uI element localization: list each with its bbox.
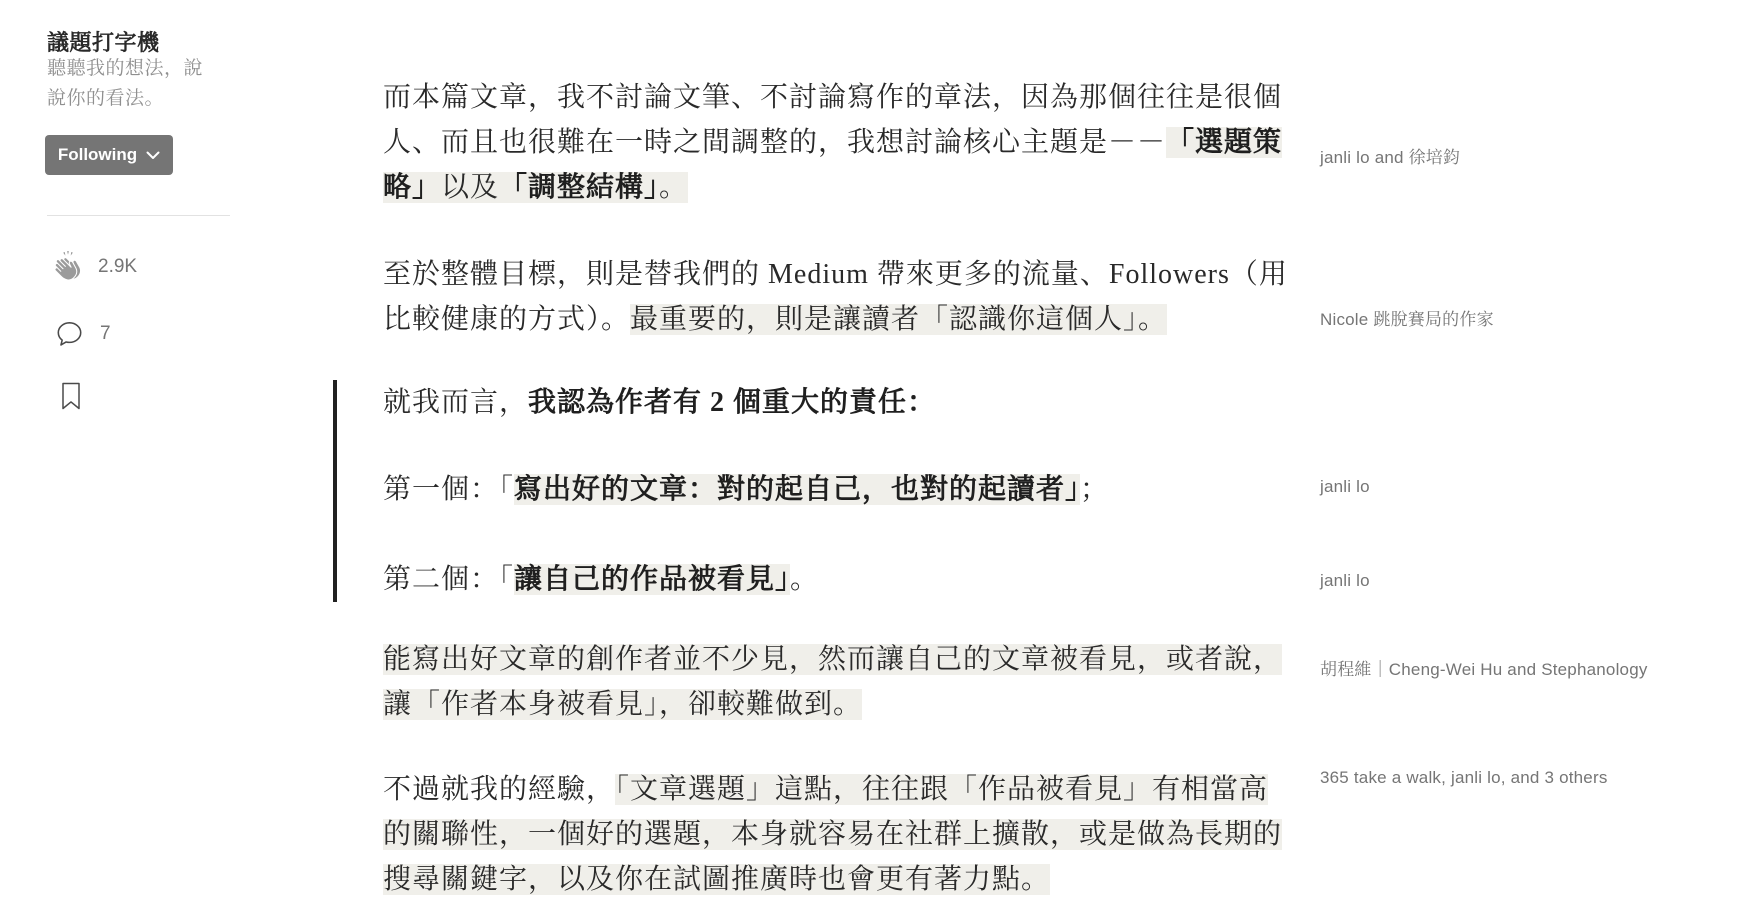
highlighted-text[interactable]: 最重要的，則是讓讀者「認識你這個人」。 bbox=[630, 304, 1167, 335]
clap-icon[interactable] bbox=[51, 250, 85, 284]
highlighted-text[interactable]: 寫出好的文章：對的起自己，也對的起讀者」 bbox=[514, 474, 1080, 505]
blockquote-paragraph: 第一個：「寫出好的文章：對的起自己，也對的起讀者」； bbox=[383, 467, 1293, 512]
text-segment: 我認為作者有 2 個重大的責任： bbox=[528, 387, 936, 418]
blockquote-paragraph: 第二個：「讓自己的作品被看見」。 bbox=[383, 557, 1293, 602]
margin-note[interactable]: janli lo bbox=[1320, 477, 1370, 497]
margin-note[interactable]: janli lo bbox=[1320, 571, 1370, 591]
highlighted-text[interactable]: 「調整結構」 bbox=[499, 172, 659, 203]
text-segment: ； bbox=[1080, 474, 1109, 505]
text-segment: 不過就我的經驗， bbox=[383, 774, 615, 805]
following-button-label: Following bbox=[58, 145, 137, 165]
bookmark-icon[interactable] bbox=[60, 381, 82, 416]
blockquote-paragraph: 就我而言，我認為作者有 2 個重大的責任： bbox=[383, 380, 1293, 425]
article-paragraph: 能寫出好文章的創作者並不少見，然而讓自己的文章被看見，或者說，讓「作者本身被看見… bbox=[383, 637, 1293, 727]
highlighted-text[interactable]: 以及 bbox=[441, 172, 499, 203]
text-segment: 第二個：「 bbox=[383, 564, 514, 595]
article-paragraph: 至於整體目標，則是替我們的 Medium 帶來更多的流量、Followers（用… bbox=[383, 252, 1293, 342]
chevron-down-icon bbox=[146, 151, 160, 160]
publication-title[interactable]: 議題打字機 bbox=[47, 26, 160, 57]
article-paragraph: 不過就我的經驗，「文章選題」這點，往往跟「作品被看見」有相當高的關聯性，一個好的… bbox=[383, 767, 1293, 902]
sidebar-divider bbox=[47, 215, 230, 216]
text-segment: 第一個：「 bbox=[383, 474, 514, 505]
margin-note[interactable]: Nicole 跳脫賽局的作家 bbox=[1320, 305, 1494, 330]
publication-tagline: 聽聽我的想法，說說你的看法。 bbox=[47, 54, 215, 114]
comment-icon[interactable] bbox=[56, 320, 83, 348]
highlighted-text[interactable]: 讓自己的作品被看見」 bbox=[514, 564, 790, 595]
article-paragraph: 而本篇文章，我不討論文筆、不討論寫作的章法，因為那個往往是很個人、而且也很難在一… bbox=[383, 75, 1293, 210]
highlighted-text[interactable]: 。 bbox=[659, 172, 688, 203]
text-segment: 就我而言， bbox=[383, 387, 528, 418]
following-button[interactable]: Following bbox=[45, 135, 173, 175]
margin-note[interactable]: 365 take a walk, janli lo, and 3 others bbox=[1320, 768, 1608, 788]
response-count[interactable]: 7 bbox=[100, 323, 111, 345]
margin-note[interactable]: janli lo and 徐培鈞 bbox=[1320, 143, 1460, 168]
text-segment: 。 bbox=[790, 564, 819, 595]
responses-stat: 7 bbox=[56, 320, 111, 348]
clap-count[interactable]: 2.9K bbox=[98, 256, 137, 278]
blockquote-bar bbox=[333, 380, 337, 602]
highlighted-text[interactable]: 能寫出好文章的創作者並不少見，然而讓自己的文章被看見，或者說，讓「作者本身被看見… bbox=[383, 644, 1282, 720]
text-segment: 而本篇文章，我不討論文筆、不討論寫作的章法，因為那個往往是很個人、而且也很難在一… bbox=[383, 82, 1282, 158]
margin-note[interactable]: 胡程維｜Cheng-Wei Hu and Stephanology bbox=[1320, 655, 1648, 680]
clap-stat: 2.9K bbox=[51, 250, 137, 284]
